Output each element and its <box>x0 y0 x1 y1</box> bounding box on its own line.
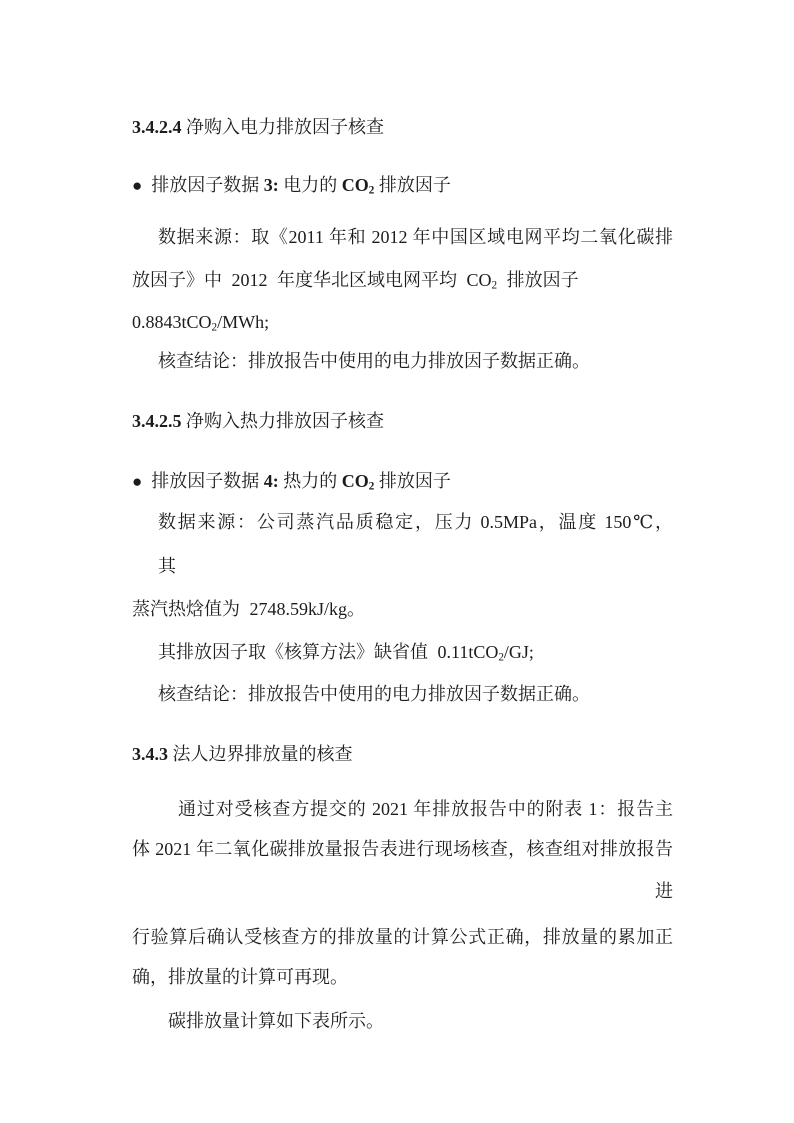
conclusion-text: 核查结论：排放报告中使用的电力排放因子数据正确。 <box>158 351 590 371</box>
paragraph-text: 蒸汽热焓值为 2748.59kJ/kg。 <box>132 599 365 619</box>
paragraph-line-elec-source-1: 数据来源：取《2011 年和 2012 年中国区域电网平均二氧化碳排 <box>132 224 673 250</box>
paragraph-line-elec-source-2: 放因子》中 2012 年度华北区域电网平均 CO2 排放因子 <box>132 267 673 293</box>
conclusion-text: 核查结论：排放报告中使用的电力排放因子数据正确。 <box>158 684 590 704</box>
paragraph-text: 碳排放量计算如下表所示。 <box>168 1011 384 1031</box>
factor-unit: /MWh; <box>217 312 269 332</box>
bullet-label: 排放因子数据 <box>151 175 264 195</box>
paragraph-text: 通过对受核查方提交的 2021 年排放报告中的附表 1：报告主 <box>178 799 673 819</box>
gas-symbol: CO <box>342 471 369 491</box>
paragraph-line-boundary-5: 确，排放量的计算可再现。 <box>132 964 673 990</box>
factor-value: 0.8843tCO <box>132 312 212 332</box>
paragraph-line-closing: 碳排放量计算如下表所示。 <box>132 1008 673 1034</box>
bullet-item-emission-factor-3: ●排放因子数据 3: 电力的 CO2 排放因子 <box>132 172 673 199</box>
paragraph-line-heat-source-3: 蒸汽热焓值为 2748.59kJ/kg。 <box>132 596 673 622</box>
factor-unit: /GJ; <box>504 642 534 662</box>
paragraph-line-heat-factor-value: 其排放因子取《核算方法》缺省值 0.11tCO2/GJ; <box>132 639 673 665</box>
paragraph-line-boundary-2: 体 2021 年二氧化碳排放量报告表进行现场核查，核查组对排放报告 <box>132 836 673 862</box>
bullet-icon: ● <box>132 469 142 495</box>
section-heading-3-4-2-5: 3.4.2.5 净购入热力排放因子核查 <box>132 408 673 434</box>
bullet-icon: ● <box>132 173 142 199</box>
bullet-index: 4: <box>264 471 279 491</box>
paragraph-text: 放因子》中 2012 年度华北区域电网平均 CO <box>132 270 492 290</box>
paragraph-text: 行验算后确认受核查方的排放量的计算公式正确，排放量的累加正 <box>132 927 673 947</box>
paragraph-text: 数据来源：取《2011 年和 2012 年中国区域电网平均二氧化碳排 <box>158 227 673 247</box>
heading-number: 3.4.2.4 <box>132 117 186 137</box>
paragraph-text: 其 <box>158 556 176 576</box>
bullet-mid: 电力的 <box>279 175 342 195</box>
bullet-item-emission-factor-4: ●排放因子数据 4: 热力的 CO2 排放因子 <box>132 468 673 495</box>
paragraph-line-boundary-1: 通过对受核查方提交的 2021 年排放报告中的附表 1：报告主 <box>132 796 673 822</box>
heading-title: 净购入电力排放因子核查 <box>186 117 384 137</box>
bullet-mid: 热力的 <box>279 471 342 491</box>
paragraph-line-heat-conclusion: 核查结论：排放报告中使用的电力排放因子数据正确。 <box>132 681 673 707</box>
document-page: 3.4.2.4 净购入电力排放因子核查 ●排放因子数据 3: 电力的 CO2 排… <box>0 0 794 1123</box>
heading-number: 3.4.2.5 <box>132 411 186 431</box>
paragraph-text: 数据来源：公司蒸汽品质稳定，压力 0.5MPa，温度 150℃， <box>158 512 673 532</box>
gas-symbol: CO <box>342 175 369 195</box>
heading-number: 3.4.3 <box>132 744 173 764</box>
paragraph-text: 体 2021 年二氧化碳排放量报告表进行现场核查，核查组对排放报告 <box>132 839 673 859</box>
paragraph-line-boundary-4: 行验算后确认受核查方的排放量的计算公式正确，排放量的累加正 <box>132 924 673 950</box>
paragraph-text: 排放因子 <box>497 270 579 290</box>
paragraph-line-elec-conclusion: 核查结论：排放报告中使用的电力排放因子数据正确。 <box>132 348 673 374</box>
bullet-tail: 排放因子 <box>374 175 451 195</box>
section-heading-3-4-3: 3.4.3 法人边界排放量的核查 <box>132 741 673 767</box>
paragraph-line-boundary-3: 进 <box>132 878 673 904</box>
bullet-tail: 排放因子 <box>374 471 451 491</box>
factor-value: 其排放因子取《核算方法》缺省值 0.11tCO <box>158 642 498 662</box>
heading-title: 法人边界排放量的核查 <box>173 744 353 764</box>
heading-title: 净购入热力排放因子核查 <box>186 411 384 431</box>
section-heading-3-4-2-4: 3.4.2.4 净购入电力排放因子核查 <box>132 114 673 140</box>
paragraph-line-heat-source-2: 其 <box>132 553 673 579</box>
bullet-index: 3: <box>264 175 279 195</box>
paragraph-text: 进 <box>655 881 673 901</box>
paragraph-text: 确，排放量的计算可再现。 <box>132 967 348 987</box>
bullet-label: 排放因子数据 <box>151 471 264 491</box>
paragraph-line-elec-factor-value: 0.8843tCO2/MWh; <box>132 309 673 335</box>
paragraph-line-heat-source-1: 数据来源：公司蒸汽品质稳定，压力 0.5MPa，温度 150℃， <box>132 509 673 535</box>
